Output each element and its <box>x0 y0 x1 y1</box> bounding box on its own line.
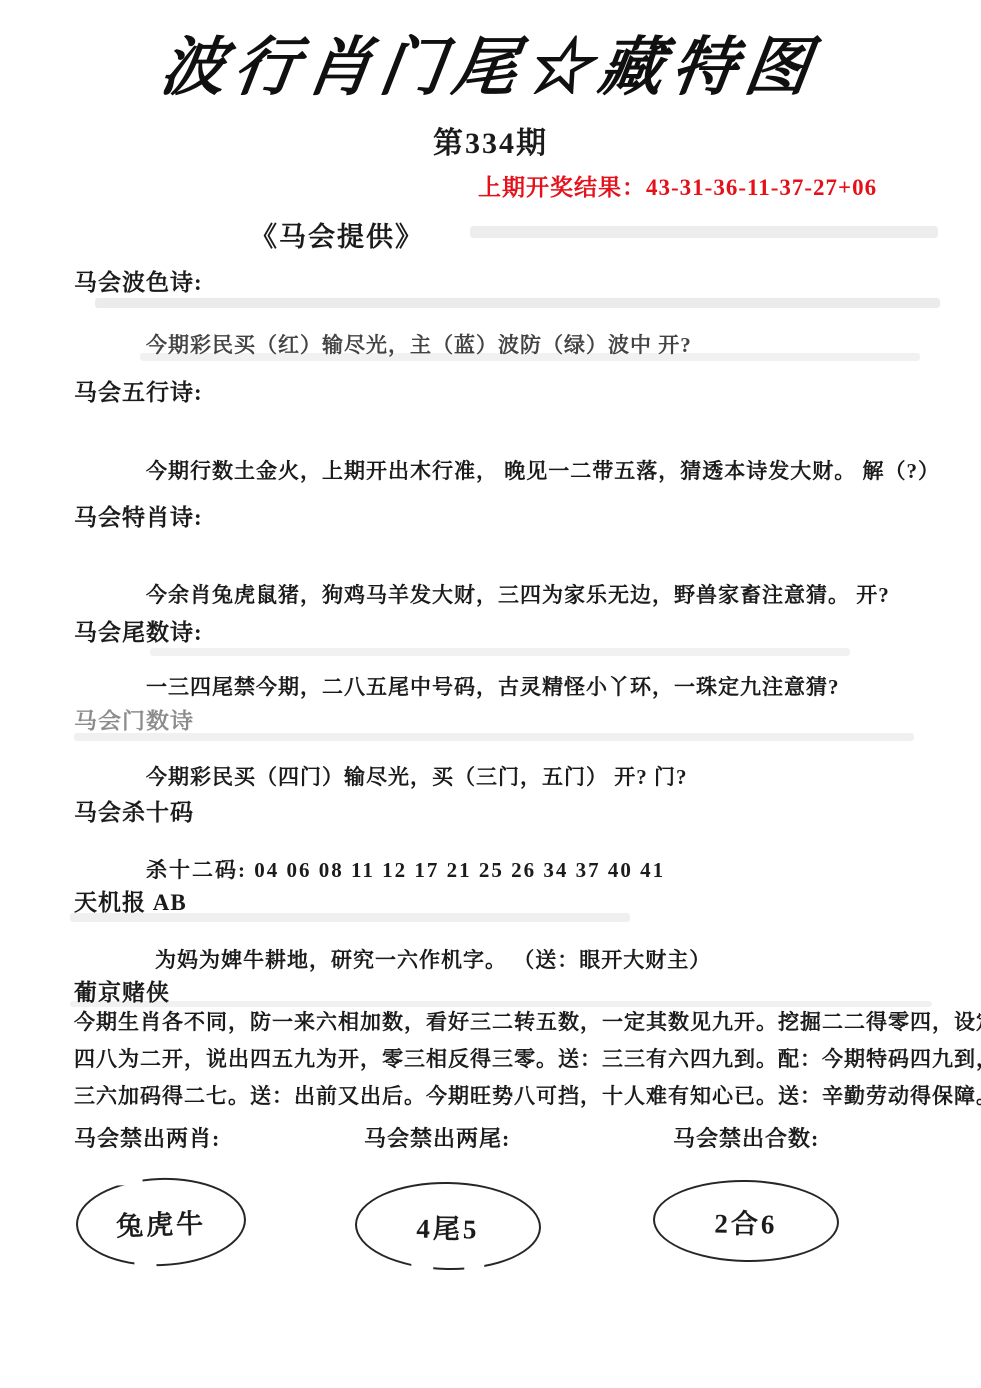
forbidden-two-zodiacs-oval: 兔虎牛 <box>75 1175 248 1269</box>
section-heading-special-zodiac-poem: 马会特肖诗: <box>74 499 203 532</box>
forbidden-sum-value: 2合6 <box>714 1201 778 1241</box>
section-heading-tail-number-poem: 马会尾数诗: <box>74 614 203 647</box>
gate-number-poem-line: 今期彩民买（四门）输尽光，买（三门，五门） 开? 门? <box>146 761 688 791</box>
forbidden-two-tails-oval: 4尾5 <box>354 1180 542 1271</box>
forbidden-two-tails-value: 4尾5 <box>416 1206 480 1246</box>
lottery-tip-sheet: 波行肖门尾☆藏特图 第334期 上期开奖结果：43-31-36-11-37-27… <box>0 0 981 1388</box>
page-title: 波行肖门尾☆藏特图 <box>0 16 981 108</box>
tail-number-poem-line: 一三四尾禁今期，二八五尾中号码，古灵精怪小丫环，一珠定九注意猜? <box>146 671 840 701</box>
last-draw-result-numbers: 43-31-36-11-37-27+06 <box>646 175 877 200</box>
forbidden-two-zodiacs-label: 马会禁出两肖: <box>74 1122 220 1153</box>
pen-gap <box>116 1178 142 1186</box>
wave-color-poem-line: 今期彩民买（红）输尽光，主（蓝）波防（绿）波中 开? <box>146 329 692 359</box>
pujing-paragraph-line: 四八为二开，说出四五九为开，零三相反得三零。送：三三有六四九到。配：今期特码四九… <box>74 1043 919 1073</box>
issue-number: 第334期 <box>0 118 981 162</box>
pujing-paragraph-line: 今期生肖各不同，防一来六相加数，看好三二转五数，一定其数见九开。挖掘二二得零四，… <box>74 1006 919 1036</box>
section-heading-kill-ten-codes: 马会杀十码 <box>74 794 194 827</box>
section-heading-tianji-report-ab: 天机报 AB <box>74 884 187 917</box>
forbidden-sum-label: 马会禁出合数: <box>673 1122 819 1153</box>
section-heading-pujing-gambler: 葡京赌侠 <box>74 974 170 1007</box>
scan-smudge <box>150 648 850 656</box>
section-heading-wave-color-poem: 马会波色诗: <box>74 264 203 297</box>
special-zodiac-poem-line: 今余肖兔虎鼠猪，狗鸡马羊发大财，三四为家乐无边，野兽家畜注意猜。 开? <box>146 579 890 609</box>
scan-smudge <box>74 733 914 741</box>
pujing-paragraph-line: 三六加码得二七。送：出前又出后。今期旺势八可挡，十人难有知心已。送：辛勤劳动得保… <box>74 1080 919 1110</box>
forbidden-sum-oval: 2合6 <box>652 1178 839 1263</box>
last-draw-result: 上期开奖结果：43-31-36-11-37-27+06 <box>478 169 877 202</box>
kill-twelve-codes-line: 杀十二码: 04 06 08 11 12 17 21 25 26 34 37 4… <box>146 854 665 884</box>
pen-gap <box>411 1263 433 1270</box>
forbidden-two-tails-label: 马会禁出两尾: <box>364 1122 510 1153</box>
section-heading-gate-number-poem: 马会门数诗 <box>74 704 194 736</box>
tianji-report-line: 为妈为婢牛耕地，研究一六作机字。 （送：眼开大财主） <box>155 944 711 974</box>
scan-smudge <box>470 226 938 238</box>
provider-heading: 《马会提供》 <box>250 215 424 254</box>
pen-gap <box>134 1260 156 1268</box>
pen-gap <box>796 1180 814 1186</box>
pen-gap <box>464 1264 484 1271</box>
last-draw-result-label: 上期开奖结果： <box>478 175 646 200</box>
five-elements-poem-line: 今期行数土金火，上期开出木行准， 晚见一二带五落，猜透本诗发大财。 解（?） <box>146 455 940 485</box>
scan-smudge <box>95 298 940 308</box>
section-heading-five-elements-poem: 马会五行诗: <box>74 374 203 407</box>
forbidden-two-zodiacs-value: 兔虎牛 <box>115 1201 206 1243</box>
